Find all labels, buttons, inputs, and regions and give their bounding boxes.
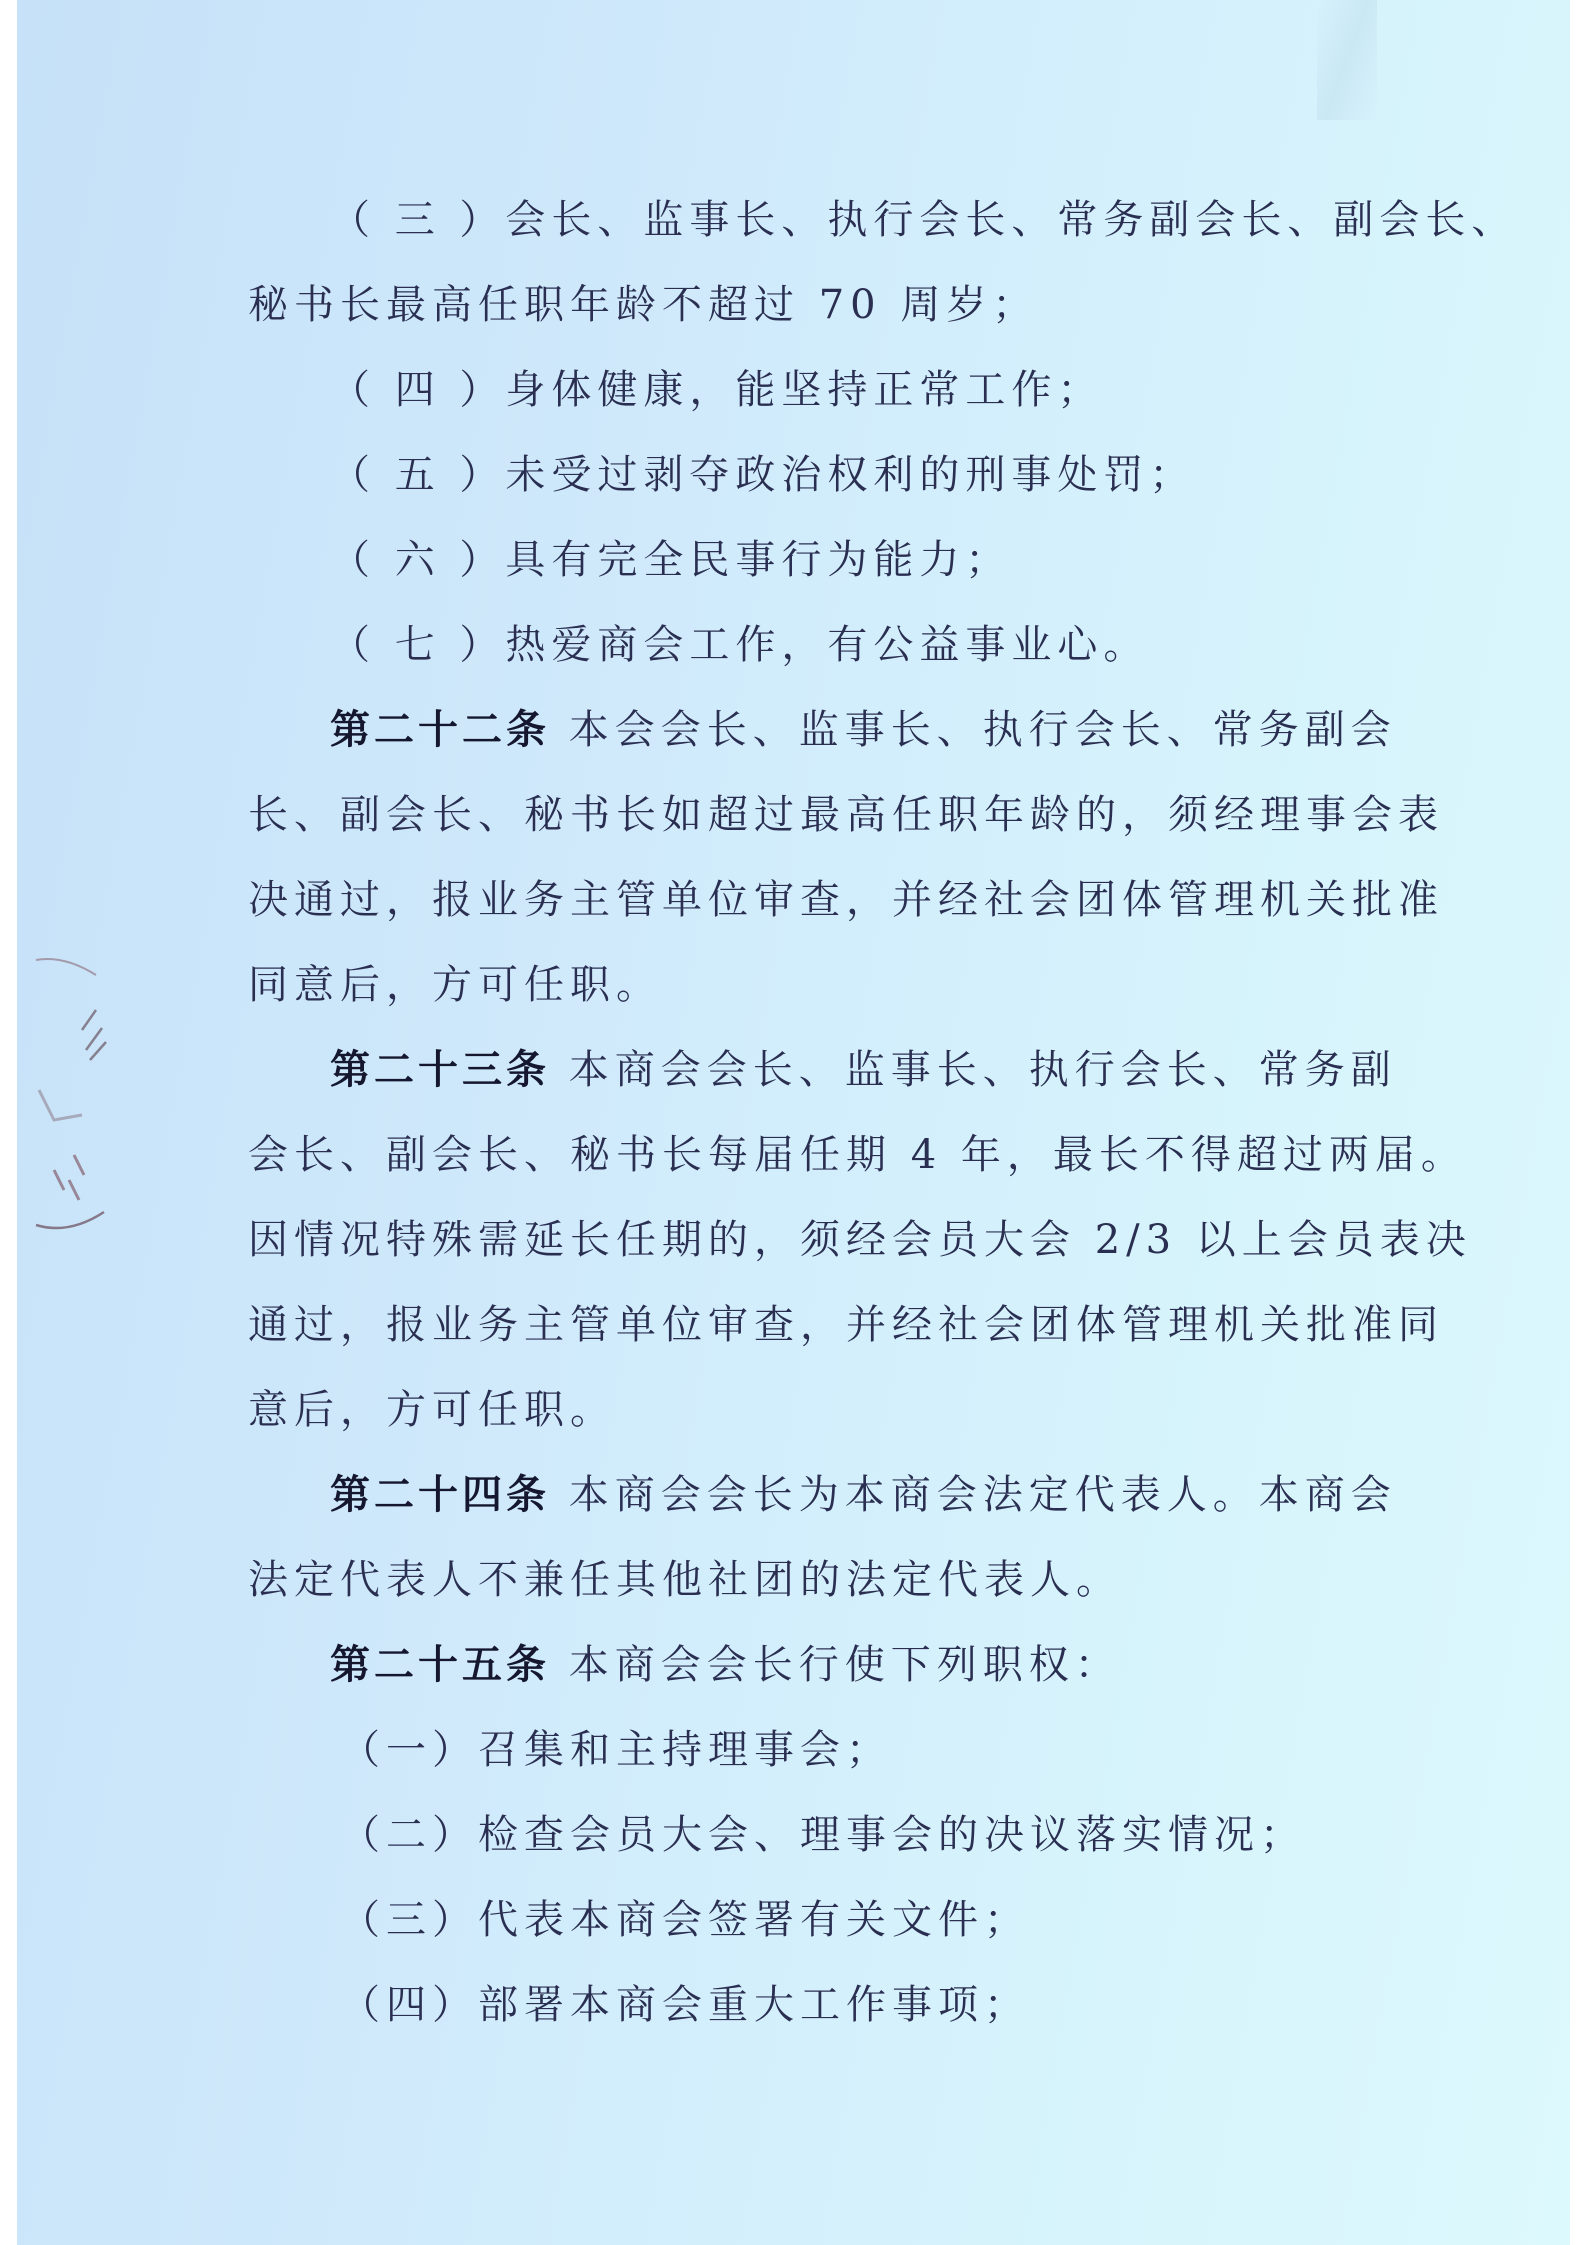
article-22-line-2: 长、副会长、秘书长如超过最高任职年龄的，须经理事会表	[248, 791, 1444, 839]
article-23-line-5: 意后，方可任职。	[248, 1386, 616, 1434]
article-23-line-4: 通过，报业务主管单位审查，并经社会团体管理机关批准同	[248, 1301, 1444, 1349]
article-23-line-3: 因情况特殊需延长任期的，须经会员大会 2/3 以上会员表决	[248, 1216, 1472, 1264]
article-24-line-2: 法定代表人不兼任其他社团的法定代表人。	[248, 1556, 1122, 1604]
article-23-heading: 第二十三条	[330, 1046, 550, 1093]
article-22-line-3: 决通过，报业务主管单位审查，并经社会团体管理机关批准	[248, 876, 1444, 924]
item-3-line-1: （ 三 ）会长、监事长、执行会长、常务副会长、副会长、	[330, 196, 1517, 244]
power-3: （三）代表本商会签署有关文件；	[340, 1896, 1030, 1944]
article-24-line-1: 第二十四条 本商会会长为本商会法定代表人。本商会	[330, 1471, 1397, 1519]
article-24-heading: 第二十四条	[330, 1471, 550, 1518]
article-22-line-1: 第二十二条 本会会长、监事长、执行会长、常务副会	[330, 706, 1397, 754]
paper-crease	[1317, 0, 1377, 120]
item-6: （ 六 ）具有完全民事行为能力；	[330, 536, 1011, 584]
item-4: （ 四 ）身体健康，能坚持正常工作；	[330, 366, 1103, 414]
article-22-heading: 第二十二条	[330, 706, 550, 753]
article-23-line-2: 会长、副会长、秘书长每届任期 4 年，最长不得超过两届。	[248, 1131, 1467, 1179]
article-22-line-4: 同意后，方可任职。	[248, 961, 662, 1009]
article-23-line-1: 第二十三条 本商会会长、监事长、执行会长、常务副	[330, 1046, 1397, 1094]
article-25-line-1: 第二十五条 本商会会长行使下列职权：	[330, 1641, 1121, 1689]
power-4: （四）部署本商会重大工作事项；	[340, 1981, 1030, 2029]
power-1: （一）召集和主持理事会；	[340, 1726, 892, 1774]
seal-stamp-icon	[34, 950, 114, 1240]
item-3-line-2: 秘书长最高任职年龄不超过 70 周岁；	[248, 281, 1038, 329]
power-2: （二）检查会员大会、理事会的决议落实情况；	[340, 1811, 1306, 1859]
item-5: （ 五 ）未受过剥夺政治权利的刑事处罚；	[330, 451, 1195, 499]
article-25-heading: 第二十五条	[330, 1641, 550, 1688]
item-7: （ 七 ）热爱商会工作，有公益事业心。	[330, 621, 1149, 669]
